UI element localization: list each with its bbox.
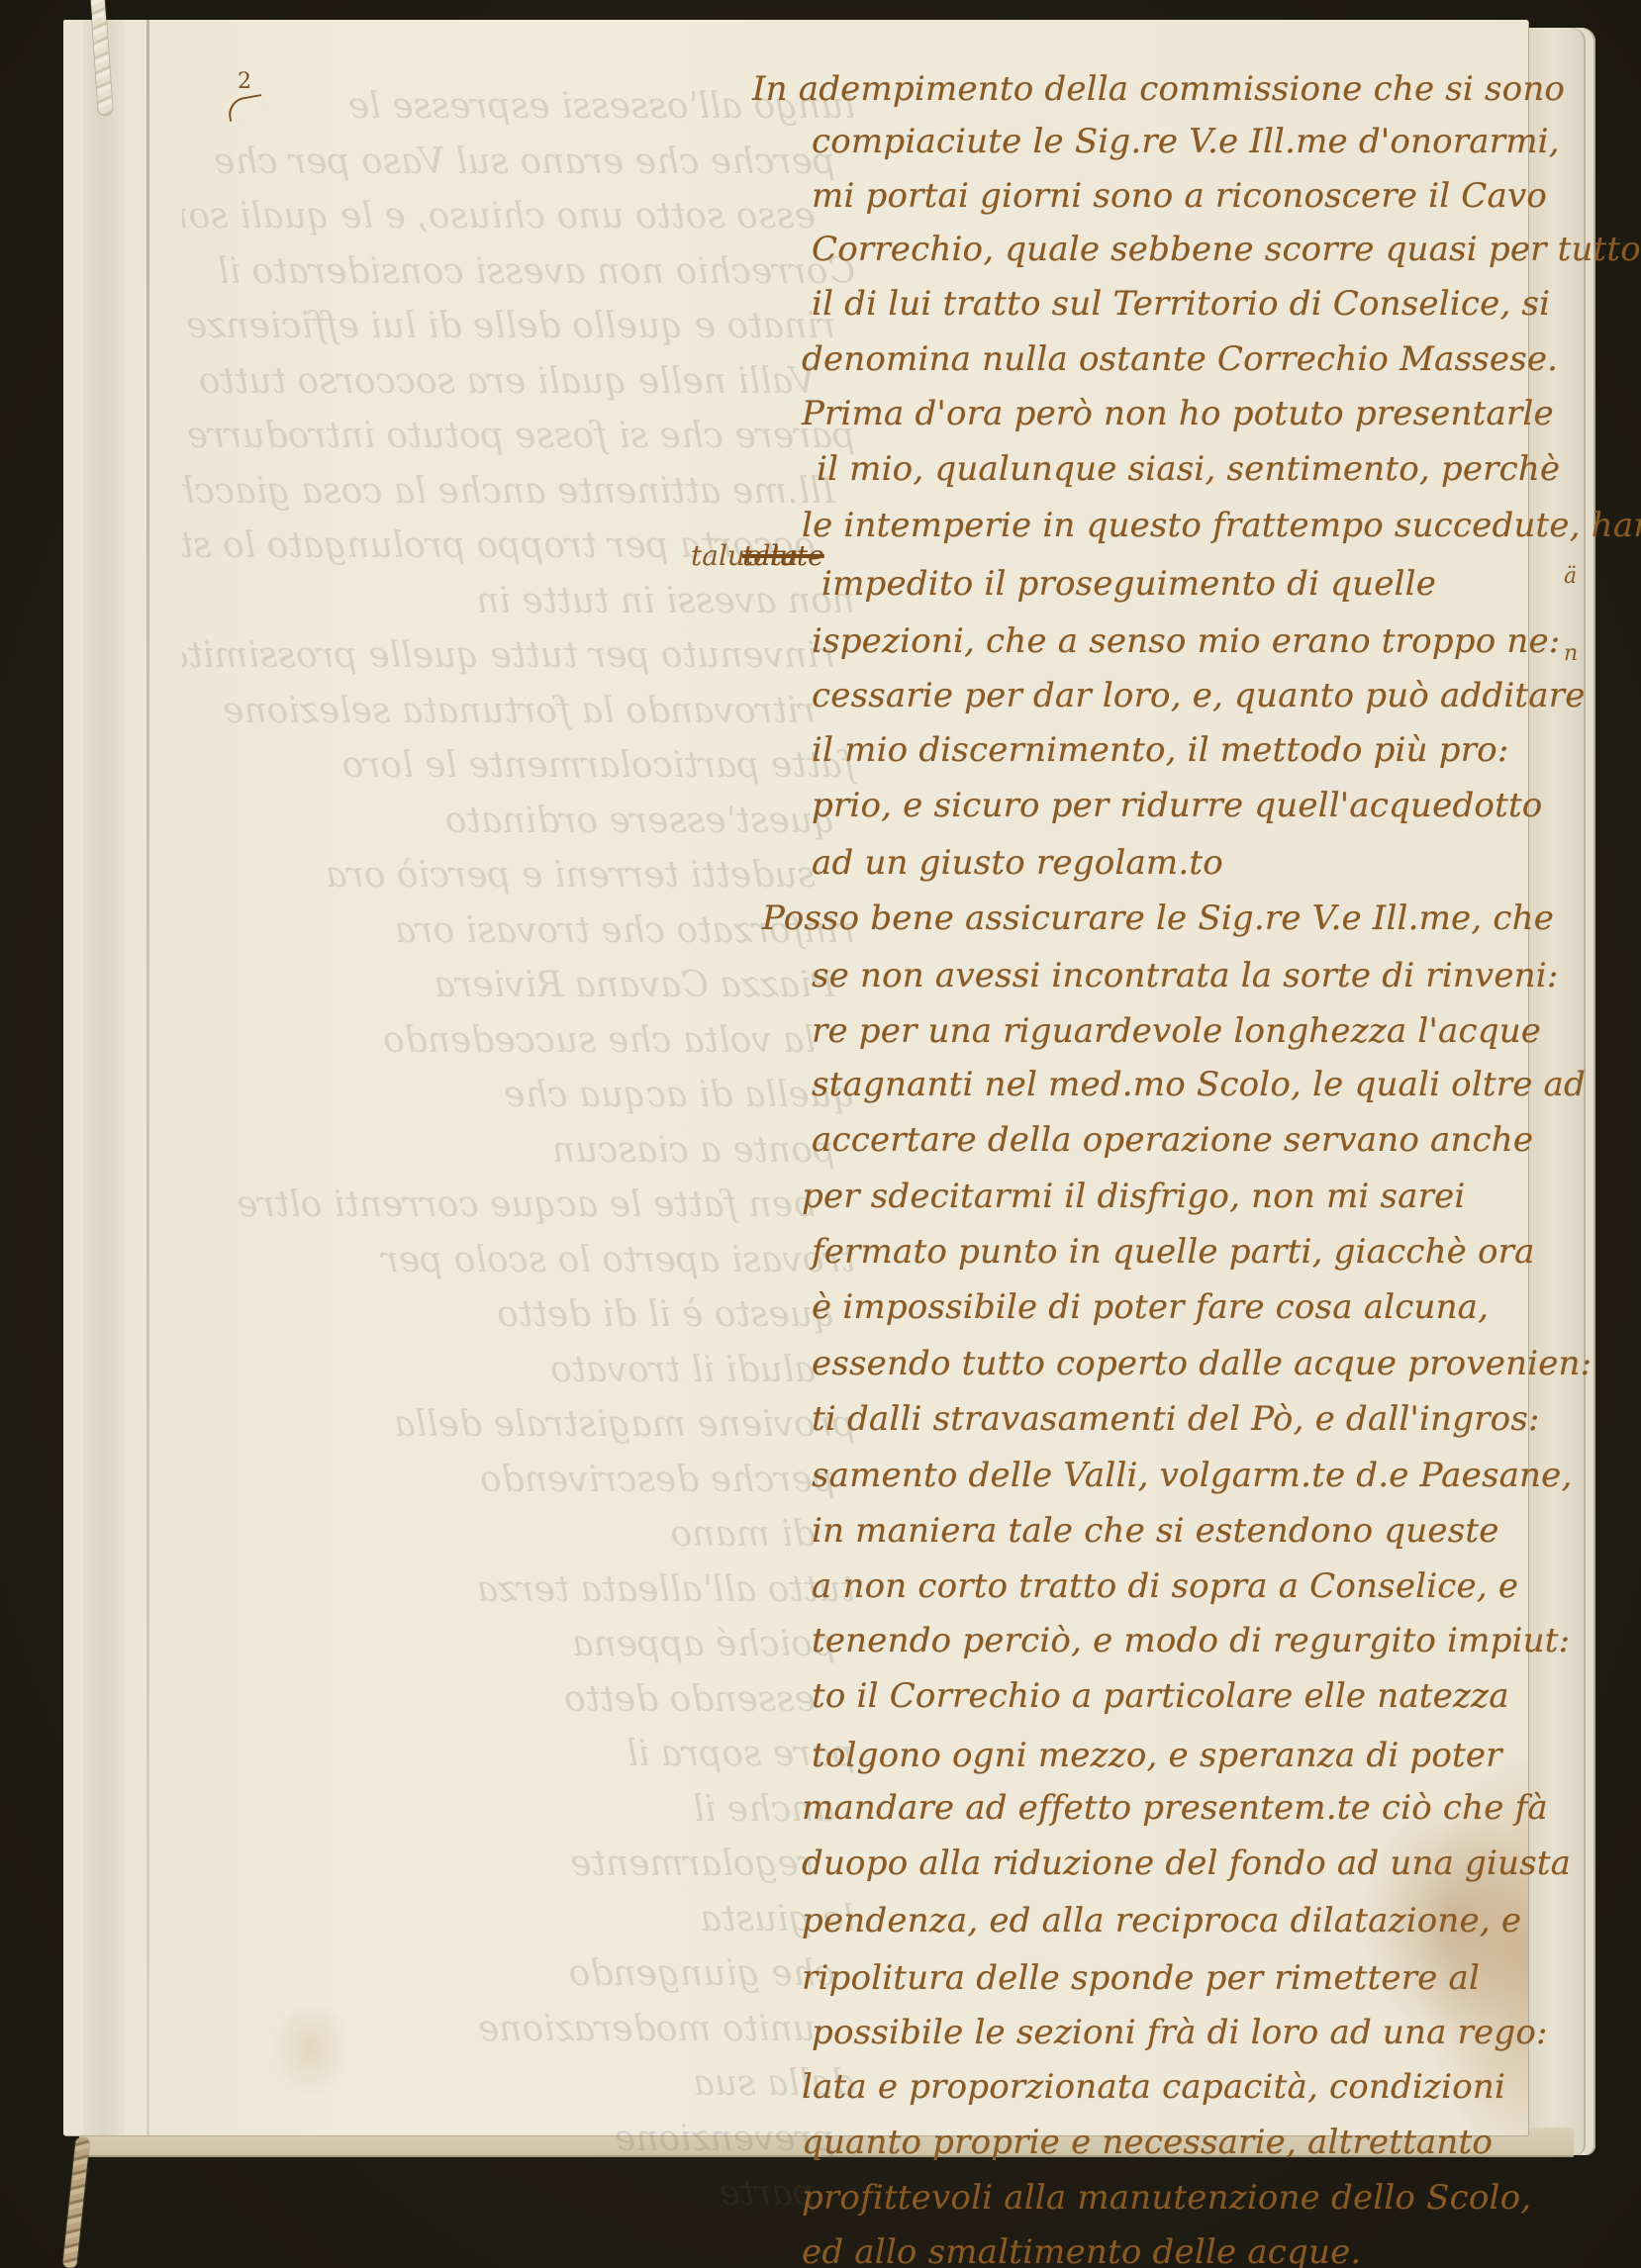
manuscript-line: Correchio, quale sebbene scorre quasi pe…	[812, 230, 1641, 269]
manuscript-line: mi portai giorni sono a riconoscere il C…	[812, 176, 1547, 216]
manuscript-line: il mio, qualunque siasi, sentimento, per…	[817, 449, 1560, 489]
manuscript-line: fermato punto in quelle parti, giacchè o…	[812, 1232, 1535, 1272]
manuscript-line: accertare della operazione servano anche	[812, 1120, 1533, 1160]
manuscript-line: to il Correchio a particolare elle natez…	[812, 1676, 1509, 1716]
manuscript-line: impedito il proseguimento di quelle	[821, 564, 1436, 604]
manuscript-line: ad un giusto regolam.to	[812, 843, 1223, 883]
binding-cord-line	[146, 20, 149, 2135]
manuscript-line: il di lui tratto sul Territorio di Conse…	[812, 284, 1550, 324]
manuscript-line: ispezioni, che a senso mio erano troppo …	[812, 621, 1560, 661]
manuscript-line: quanto proprie e necessarie, altrettanto	[802, 2123, 1493, 2162]
manuscript-line: a non corto tratto di sopra a Conselice,…	[812, 1566, 1518, 1606]
edge-mark: ä	[1564, 564, 1577, 589]
folio-number: 2	[238, 69, 251, 94]
edge-mark: n	[1564, 641, 1578, 666]
manuscript-line: pendenza, ed alla reciproca dilatazione,…	[802, 1901, 1521, 1940]
manuscript-line: cessarie per dar loro, e, quanto può add…	[812, 676, 1586, 715]
manuscript-line: tenendo perciò, e modo di regurgito impi…	[812, 1621, 1570, 1660]
manuscript-line: essendo tutto coperto dalle acque proven…	[812, 1344, 1592, 1383]
manuscript-line: samento delle Valli, volgarm.te d.e Paes…	[812, 1456, 1573, 1495]
manuscript-line: tolgono ogni mezzo, e speranza di poter	[812, 1736, 1502, 1775]
binding-strip	[83, 20, 125, 2135]
manuscript-line: possibile le sezioni frà di loro ad una …	[812, 2013, 1548, 2052]
manuscript-line: compiaciute le Sig.re V.e Ill.me d'onora…	[812, 122, 1560, 161]
manuscript-line: per sdecitarmi il disfrigo, non mi sarei	[802, 1177, 1465, 1216]
manuscript-line: re per una riguardevole longhezza l'acqu…	[812, 1011, 1541, 1051]
manuscript-line: Prima d'ora però non ho potuto presentar…	[802, 394, 1554, 433]
manuscript-line: in maniera tale che si estendono queste	[812, 1511, 1499, 1551]
manuscript-line: stagnanti nel med.mo Scolo, le quali olt…	[812, 1065, 1586, 1104]
manuscript-line: se non avessi incontrata la sorte di rin…	[812, 956, 1558, 995]
manuscript-line: denomina nulla ostante Correchio Massese…	[802, 339, 1558, 379]
manuscript-line: In adempimento della commissione che si …	[752, 69, 1565, 109]
manuscript-line: mandare ad effetto presentem.te ciò che …	[802, 1788, 1548, 1828]
manuscript-line: è impossibile di poter fare cosa alcuna,	[812, 1287, 1489, 1327]
manuscript-line: profittevoli alla manutenzione dello Sco…	[802, 2178, 1531, 2218]
manuscript-line: duopo alla riduzione del fondo ad una gi…	[802, 1843, 1571, 1883]
manuscript-line: lata e proporzionata capacità, condizion…	[802, 2067, 1505, 2107]
manuscript-line: le intemperie in questo frattempo succed…	[802, 506, 1641, 545]
manuscript-line: ripolitura delle sponde per rimettere al	[802, 1958, 1480, 1998]
manuscript-line: prio, e sicuro per ridurre quell'acquedo…	[812, 786, 1542, 825]
manuscript-line: Posso bene assicurare le Sig.re V.e Ill.…	[762, 898, 1554, 938]
manuscript-line: ed allo smaltimento delle acque.	[802, 2232, 1361, 2268]
manuscript-line: ti dalli stravasamenti del Pò, e dall'in…	[812, 1399, 1540, 1439]
manuscript-line: il mio discernimento, il mettodo più pro…	[812, 730, 1508, 770]
